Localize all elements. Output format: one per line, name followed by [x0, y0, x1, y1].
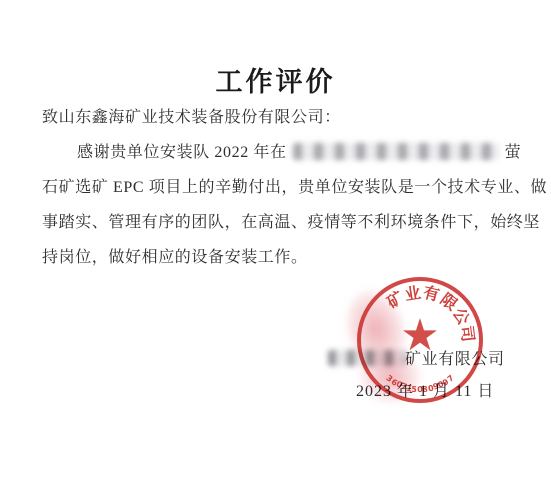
body-line-1: 感谢贵单位安装队 2022 年在萤: [77, 143, 521, 163]
body-line-1-prefix: 感谢贵单位安装队 2022 年在: [77, 144, 287, 161]
body-line-4: 持岗位，做好相应的设备安装工作。: [42, 248, 308, 268]
page-title: 工作评价: [0, 60, 551, 99]
body-line-1-suffix: 萤: [505, 144, 522, 161]
seal-arc-char: 司: [457, 325, 475, 343]
star-icon: ★: [400, 314, 439, 358]
salutation-line: 致山东鑫海矿业技术装备股份有限公司：: [42, 108, 341, 128]
document-page: 工作评价 致山东鑫海矿业技术装备股份有限公司： 感谢贵单位安装队 2022 年在…: [0, 0, 551, 478]
seal-arc-char: 业: [404, 285, 422, 303]
body-line-3: 事踏实、管理有序的团队，在高温、疫情等不利环境条件下，始终坚: [42, 213, 540, 233]
body-line-2: 石矿选矿 EPC 项目上的辛勤付出，贵单位安装队是一个技术专业、做: [42, 178, 547, 198]
company-seal: ★ 矿业有限公司 3607150809097: [357, 277, 483, 403]
redacted-company-name: [293, 143, 499, 160]
